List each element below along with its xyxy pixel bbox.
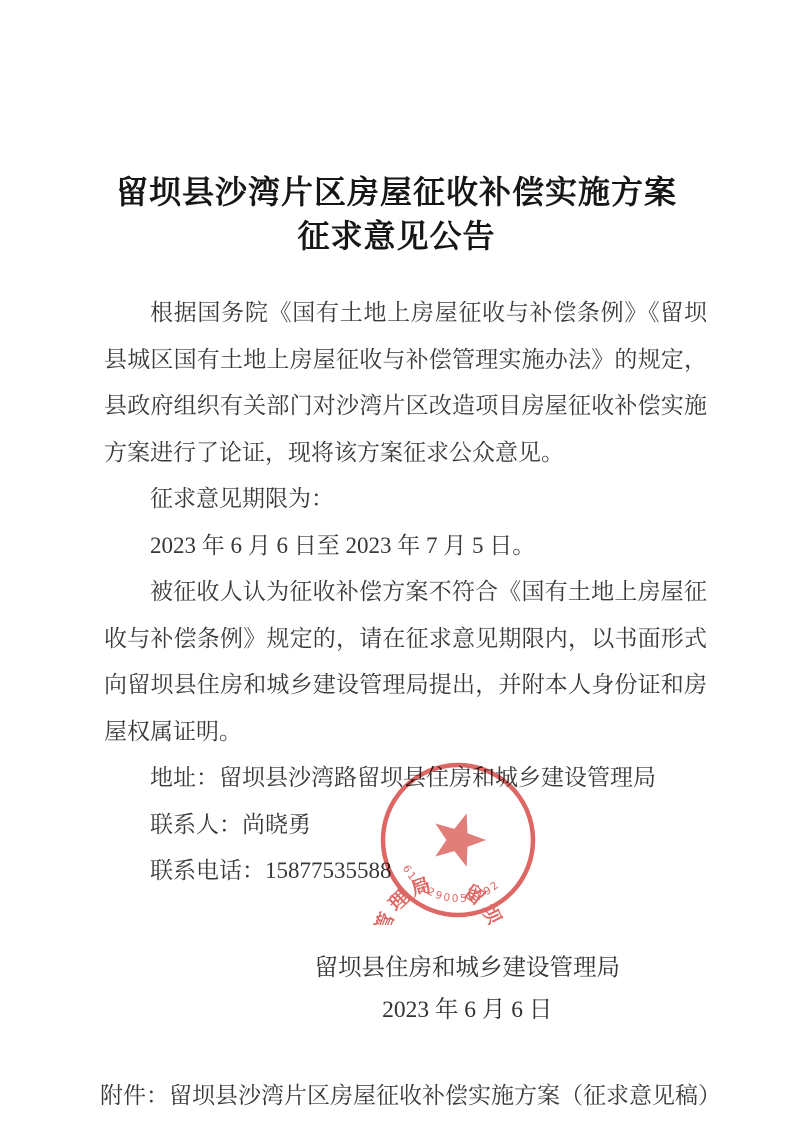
attachment-note: 附件：留坝县沙湾片区房屋征收补偿实施方案（征求意见稿） bbox=[100, 1079, 733, 1113]
paragraph-contact-person: 联系人：尚晓勇 bbox=[104, 802, 707, 849]
paragraph-address: 地址：留坝县沙湾路留坝县住房和城乡建设管理局 bbox=[104, 755, 707, 802]
title-line-1: 留坝县沙湾片区房屋征收补偿实施方案 bbox=[0, 170, 793, 214]
signature-org: 留坝县住房和城乡建设管理局 bbox=[315, 947, 621, 989]
paragraph-period-dates: 2023 年 6 月 6 日至 2023 年 7 月 5 日。 bbox=[104, 523, 707, 570]
paragraph-period-label: 征求意见期限为： bbox=[104, 476, 707, 523]
paragraph-contact-phone: 联系电话：15877535588 bbox=[104, 848, 707, 895]
document-title: 留坝县沙湾片区房屋征收补偿实施方案 征求意见公告 bbox=[0, 0, 793, 258]
paragraph-objection-procedure: 被征收人认为征收补偿方案不符合《国有土地上房屋征收与补偿条例》规定的，请在征求意… bbox=[104, 569, 707, 755]
title-line-2: 征求意见公告 bbox=[0, 214, 793, 258]
signature-date: 2023 年 6 月 6 日 bbox=[315, 989, 621, 1031]
signature-block: 留坝县住房和城乡建设管理局 2023 年 6 月 6 日 bbox=[0, 947, 620, 1031]
document-body: 根据国务院《国有土地上房屋征收与补偿条例》《留坝县城区国有土地上房屋征收与补偿管… bbox=[104, 290, 707, 895]
paragraph-basis: 根据国务院《国有土地上房屋征收与补偿条例》《留坝县城区国有土地上房屋征收与补偿管… bbox=[104, 290, 707, 476]
notice-document-page: 留坝县沙湾片区房屋征收补偿实施方案 征求意见公告 根据国务院《国有土地上房屋征收… bbox=[0, 0, 793, 1122]
